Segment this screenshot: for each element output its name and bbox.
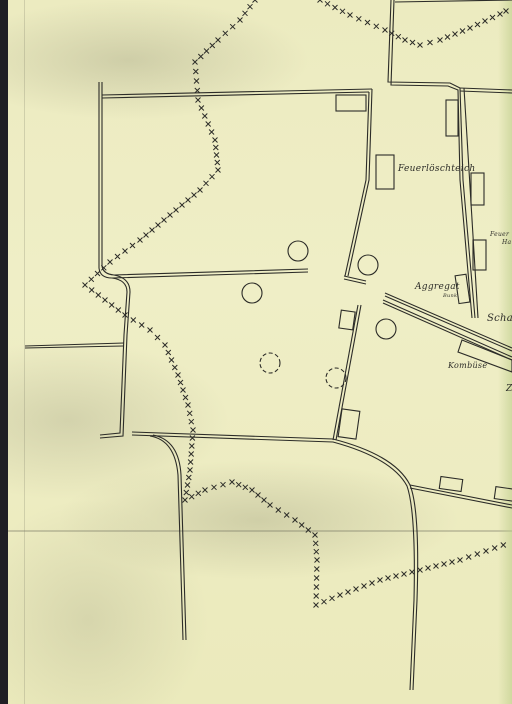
dashed-circle-2 bbox=[326, 368, 346, 388]
fence-mark bbox=[181, 388, 186, 393]
fence-mark bbox=[284, 513, 289, 518]
fence-mark bbox=[418, 43, 423, 48]
fence-mark bbox=[236, 482, 241, 487]
fence-mark bbox=[89, 288, 94, 293]
fence-mark bbox=[210, 174, 215, 179]
fence-mark bbox=[210, 43, 215, 48]
fence-mark bbox=[333, 5, 338, 10]
fence-mark bbox=[340, 9, 345, 14]
road-left-vertical bbox=[25, 275, 130, 438]
fence-mark bbox=[194, 79, 199, 84]
fence-mark bbox=[130, 243, 135, 248]
fence-mark bbox=[150, 228, 155, 233]
fence-mark bbox=[318, 0, 323, 3]
fence-mark bbox=[322, 599, 327, 604]
buildings bbox=[336, 95, 512, 501]
fence-mark bbox=[202, 114, 207, 119]
fence-mark bbox=[490, 15, 495, 20]
fence-mark bbox=[383, 28, 388, 33]
fence-mark bbox=[466, 555, 471, 560]
fence-mark bbox=[183, 498, 188, 503]
fence-mark bbox=[204, 181, 209, 186]
circle-4 bbox=[376, 319, 396, 339]
fence-mark bbox=[189, 494, 194, 499]
fence-mark bbox=[453, 32, 458, 37]
road-top-right-enclosure bbox=[388, 0, 512, 318]
fence-mark bbox=[186, 198, 191, 203]
fence-mark bbox=[418, 568, 423, 573]
label-schacht: Schacht bbox=[487, 313, 512, 324]
fence-mark bbox=[191, 428, 196, 433]
fence-mark bbox=[108, 260, 113, 265]
fence-mark bbox=[262, 498, 267, 503]
fence-mark bbox=[299, 523, 304, 528]
fence-mark bbox=[460, 29, 465, 34]
fence-mark bbox=[89, 277, 94, 282]
fence-mark bbox=[186, 403, 191, 408]
fence-mark bbox=[156, 223, 161, 228]
dashed-circle-1 bbox=[260, 353, 280, 373]
building-9 bbox=[494, 487, 512, 502]
label-z: Z bbox=[506, 384, 512, 394]
fence-mark bbox=[203, 488, 208, 493]
fence-mark bbox=[213, 145, 218, 150]
fence-mark bbox=[450, 560, 455, 565]
label-feuerwehr-2: Ha bbox=[502, 239, 511, 246]
fence-mark bbox=[354, 587, 359, 592]
fence-mark bbox=[204, 49, 209, 54]
fence-mark bbox=[238, 18, 243, 23]
fence-mark bbox=[196, 491, 201, 496]
fence-mark bbox=[402, 572, 407, 577]
circle-3 bbox=[242, 283, 262, 303]
fence-mark bbox=[103, 298, 108, 303]
circle-2 bbox=[358, 255, 378, 275]
building-7 bbox=[338, 409, 360, 439]
fence-mark bbox=[438, 38, 443, 43]
circle-1 bbox=[288, 241, 308, 261]
fence-mark bbox=[370, 581, 375, 586]
fence-mark bbox=[314, 603, 319, 608]
fence-mark bbox=[192, 193, 197, 198]
fence-mark bbox=[313, 541, 318, 546]
fence-mark bbox=[180, 203, 185, 208]
fence-mark bbox=[243, 485, 248, 490]
fence-mark bbox=[214, 153, 219, 158]
fence-mark bbox=[403, 38, 408, 43]
fence-mark bbox=[396, 34, 401, 39]
fence-mark bbox=[314, 594, 319, 599]
fence-mark bbox=[314, 549, 319, 554]
building-3 bbox=[446, 100, 458, 136]
fence-mark bbox=[346, 590, 351, 595]
fence-mark bbox=[253, 0, 258, 3]
fence-mark bbox=[178, 380, 183, 385]
fence-mark bbox=[356, 16, 361, 21]
fence-mark bbox=[198, 188, 203, 193]
fence-mark bbox=[330, 596, 335, 601]
fence-mark bbox=[410, 40, 415, 45]
fence-mark bbox=[365, 20, 370, 25]
fence-mark bbox=[410, 570, 415, 575]
fence-mark bbox=[386, 576, 391, 581]
fence-mark bbox=[348, 13, 353, 18]
building-6 bbox=[339, 310, 355, 330]
fence-mark bbox=[169, 358, 174, 363]
fence-mark bbox=[268, 503, 273, 508]
fence-mark bbox=[138, 238, 143, 243]
fence-mark bbox=[498, 12, 503, 17]
building-4 bbox=[471, 173, 484, 205]
road-top-left-enclosure bbox=[99, 82, 372, 284]
fence-mark bbox=[189, 452, 194, 457]
fence-mark bbox=[362, 584, 367, 589]
fence-mark bbox=[458, 558, 463, 563]
label-kombuse: Kombüse bbox=[448, 361, 487, 370]
fence-mark bbox=[184, 490, 189, 495]
label-aggregat: Aggregat bbox=[415, 282, 460, 292]
fence-mark bbox=[163, 343, 168, 348]
fence-mark bbox=[148, 328, 153, 333]
fence-mark bbox=[193, 60, 198, 65]
fence-mark bbox=[315, 558, 320, 563]
fence-mark bbox=[183, 395, 188, 400]
fence-mark bbox=[484, 549, 489, 554]
fence-mark bbox=[188, 460, 193, 465]
fence-mark bbox=[196, 98, 201, 103]
fence-mark bbox=[115, 254, 120, 259]
fence-mark bbox=[248, 4, 253, 9]
site-plan bbox=[0, 0, 512, 704]
fence-mark bbox=[250, 488, 255, 493]
fence-mark bbox=[198, 54, 203, 59]
fence-mark bbox=[492, 546, 497, 551]
fence-mark bbox=[186, 475, 191, 480]
building-8 bbox=[439, 477, 462, 492]
fence-mark bbox=[445, 35, 450, 40]
fence-mark bbox=[168, 213, 173, 218]
fence-mark bbox=[306, 528, 311, 533]
fence-mark bbox=[215, 160, 220, 165]
fence-mark bbox=[426, 566, 431, 571]
fence-mark bbox=[256, 493, 261, 498]
fence-mark bbox=[162, 218, 167, 223]
fence-mark bbox=[314, 585, 319, 590]
fence-mark bbox=[131, 318, 136, 323]
fence-mark bbox=[230, 480, 235, 485]
fence-mark bbox=[206, 122, 211, 127]
fence-mark bbox=[199, 106, 204, 111]
fence-mark bbox=[95, 271, 100, 276]
fence-mark bbox=[243, 11, 248, 16]
circles bbox=[242, 241, 396, 388]
fence-mark bbox=[442, 562, 447, 567]
fence-mark bbox=[212, 485, 217, 490]
fence-mark bbox=[374, 24, 379, 29]
fence-mark bbox=[216, 38, 221, 43]
fence-mark bbox=[221, 482, 226, 487]
fence-mark bbox=[434, 564, 439, 569]
building-2 bbox=[376, 155, 394, 189]
fence-mark bbox=[338, 593, 343, 598]
fence-mark bbox=[123, 249, 128, 254]
fence-mark bbox=[195, 88, 200, 93]
fence-mark bbox=[276, 508, 281, 513]
fence-mark bbox=[475, 22, 480, 27]
fence-mark bbox=[83, 283, 88, 288]
fence-mark bbox=[188, 468, 193, 473]
fence-mark bbox=[144, 233, 149, 238]
fence-mark bbox=[116, 308, 121, 313]
fence-mark bbox=[468, 26, 473, 31]
fence-mark bbox=[394, 574, 399, 579]
building-1 bbox=[336, 95, 366, 111]
fence-mark bbox=[230, 24, 235, 29]
fence-mark bbox=[174, 208, 179, 213]
fence-mark bbox=[176, 373, 181, 378]
fence-mark bbox=[209, 130, 214, 135]
fence-mark bbox=[187, 411, 192, 416]
label-feuerwehr: Feuer bbox=[490, 231, 509, 238]
fence-mark bbox=[378, 578, 383, 583]
fence-mark bbox=[109, 303, 114, 308]
fence-mark bbox=[193, 69, 198, 74]
road-middle-vertical bbox=[333, 305, 361, 440]
fence-mark bbox=[483, 19, 488, 24]
fence-mark bbox=[213, 138, 218, 143]
fence-mark bbox=[504, 9, 509, 14]
fence-mark bbox=[501, 543, 506, 548]
fence-mark bbox=[223, 31, 228, 36]
fence-mark bbox=[325, 1, 330, 6]
fence-mark bbox=[293, 518, 298, 523]
fence-mark bbox=[216, 168, 221, 173]
fence-mark bbox=[155, 335, 160, 340]
fence-mark bbox=[96, 293, 101, 298]
fence-mark bbox=[139, 323, 144, 328]
fence-mark bbox=[314, 576, 319, 581]
fence-mark bbox=[185, 483, 190, 488]
fence-mark bbox=[475, 552, 480, 557]
fence-mark bbox=[190, 436, 195, 441]
fence-mark bbox=[314, 567, 319, 572]
fence-mark bbox=[189, 444, 194, 449]
fence-mark bbox=[166, 350, 171, 355]
label-feuerloschteich: Feuerlöschteich bbox=[398, 164, 475, 174]
fence-mark bbox=[428, 40, 433, 45]
fence-mark bbox=[172, 365, 177, 370]
fence-mark bbox=[313, 533, 318, 538]
fence-mark bbox=[189, 419, 194, 424]
label-bunk: Bunk. bbox=[443, 293, 459, 299]
